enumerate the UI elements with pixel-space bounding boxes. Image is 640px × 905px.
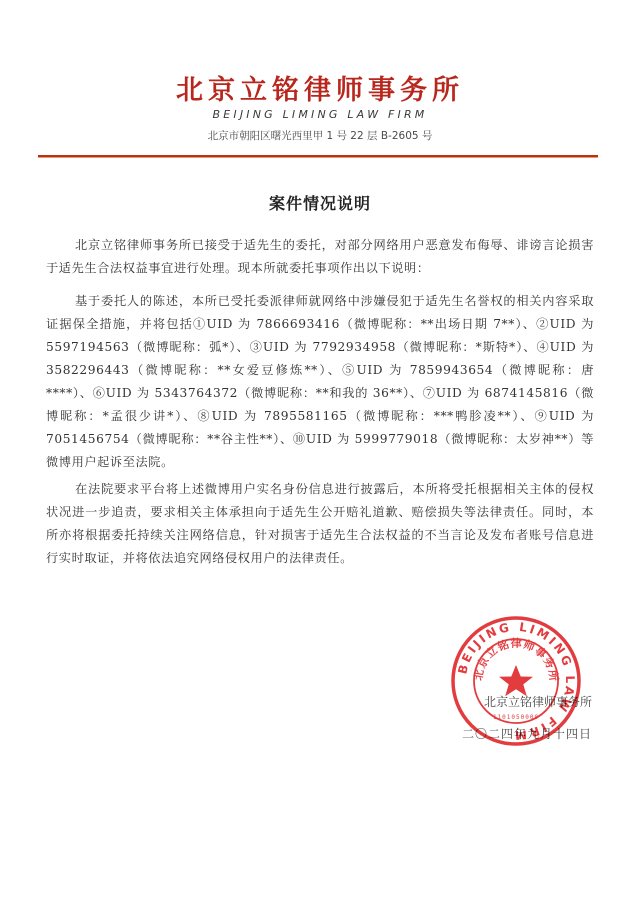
letterhead-divider	[38, 155, 598, 157]
star-icon	[499, 665, 533, 696]
official-seal: BEIJING LIMING LAW FIRM 北京立铭律师事务所 110105…	[450, 615, 582, 747]
paragraph-further-action: 在法院要求平台将上述微博用户实名身份信息进行披露后，本所将受托根据相关主体的侵权…	[46, 478, 594, 570]
firm-name-english: BEIJING LIMING LAW FIRM	[0, 108, 640, 121]
paragraph-accused-users: 基于委托人的陈述，本所已受托委派律师就网络中涉嫌侵犯于适先生名誉权的相关内容采取…	[46, 290, 594, 474]
paragraph-intro: 北京立铭律师事务所已接受于适先生的委托，对部分网络用户恶意发布侮辱、诽谤言论损害…	[46, 234, 594, 280]
document-title: 案件情况说明	[0, 191, 640, 214]
firm-address: 北京市朝阳区曙光西里甲 1 号 22 层 B-2605 号	[0, 128, 640, 143]
seal-serial-number: 1101050000	[493, 714, 539, 721]
firm-name: 北京立铭律师事务所	[0, 68, 640, 107]
